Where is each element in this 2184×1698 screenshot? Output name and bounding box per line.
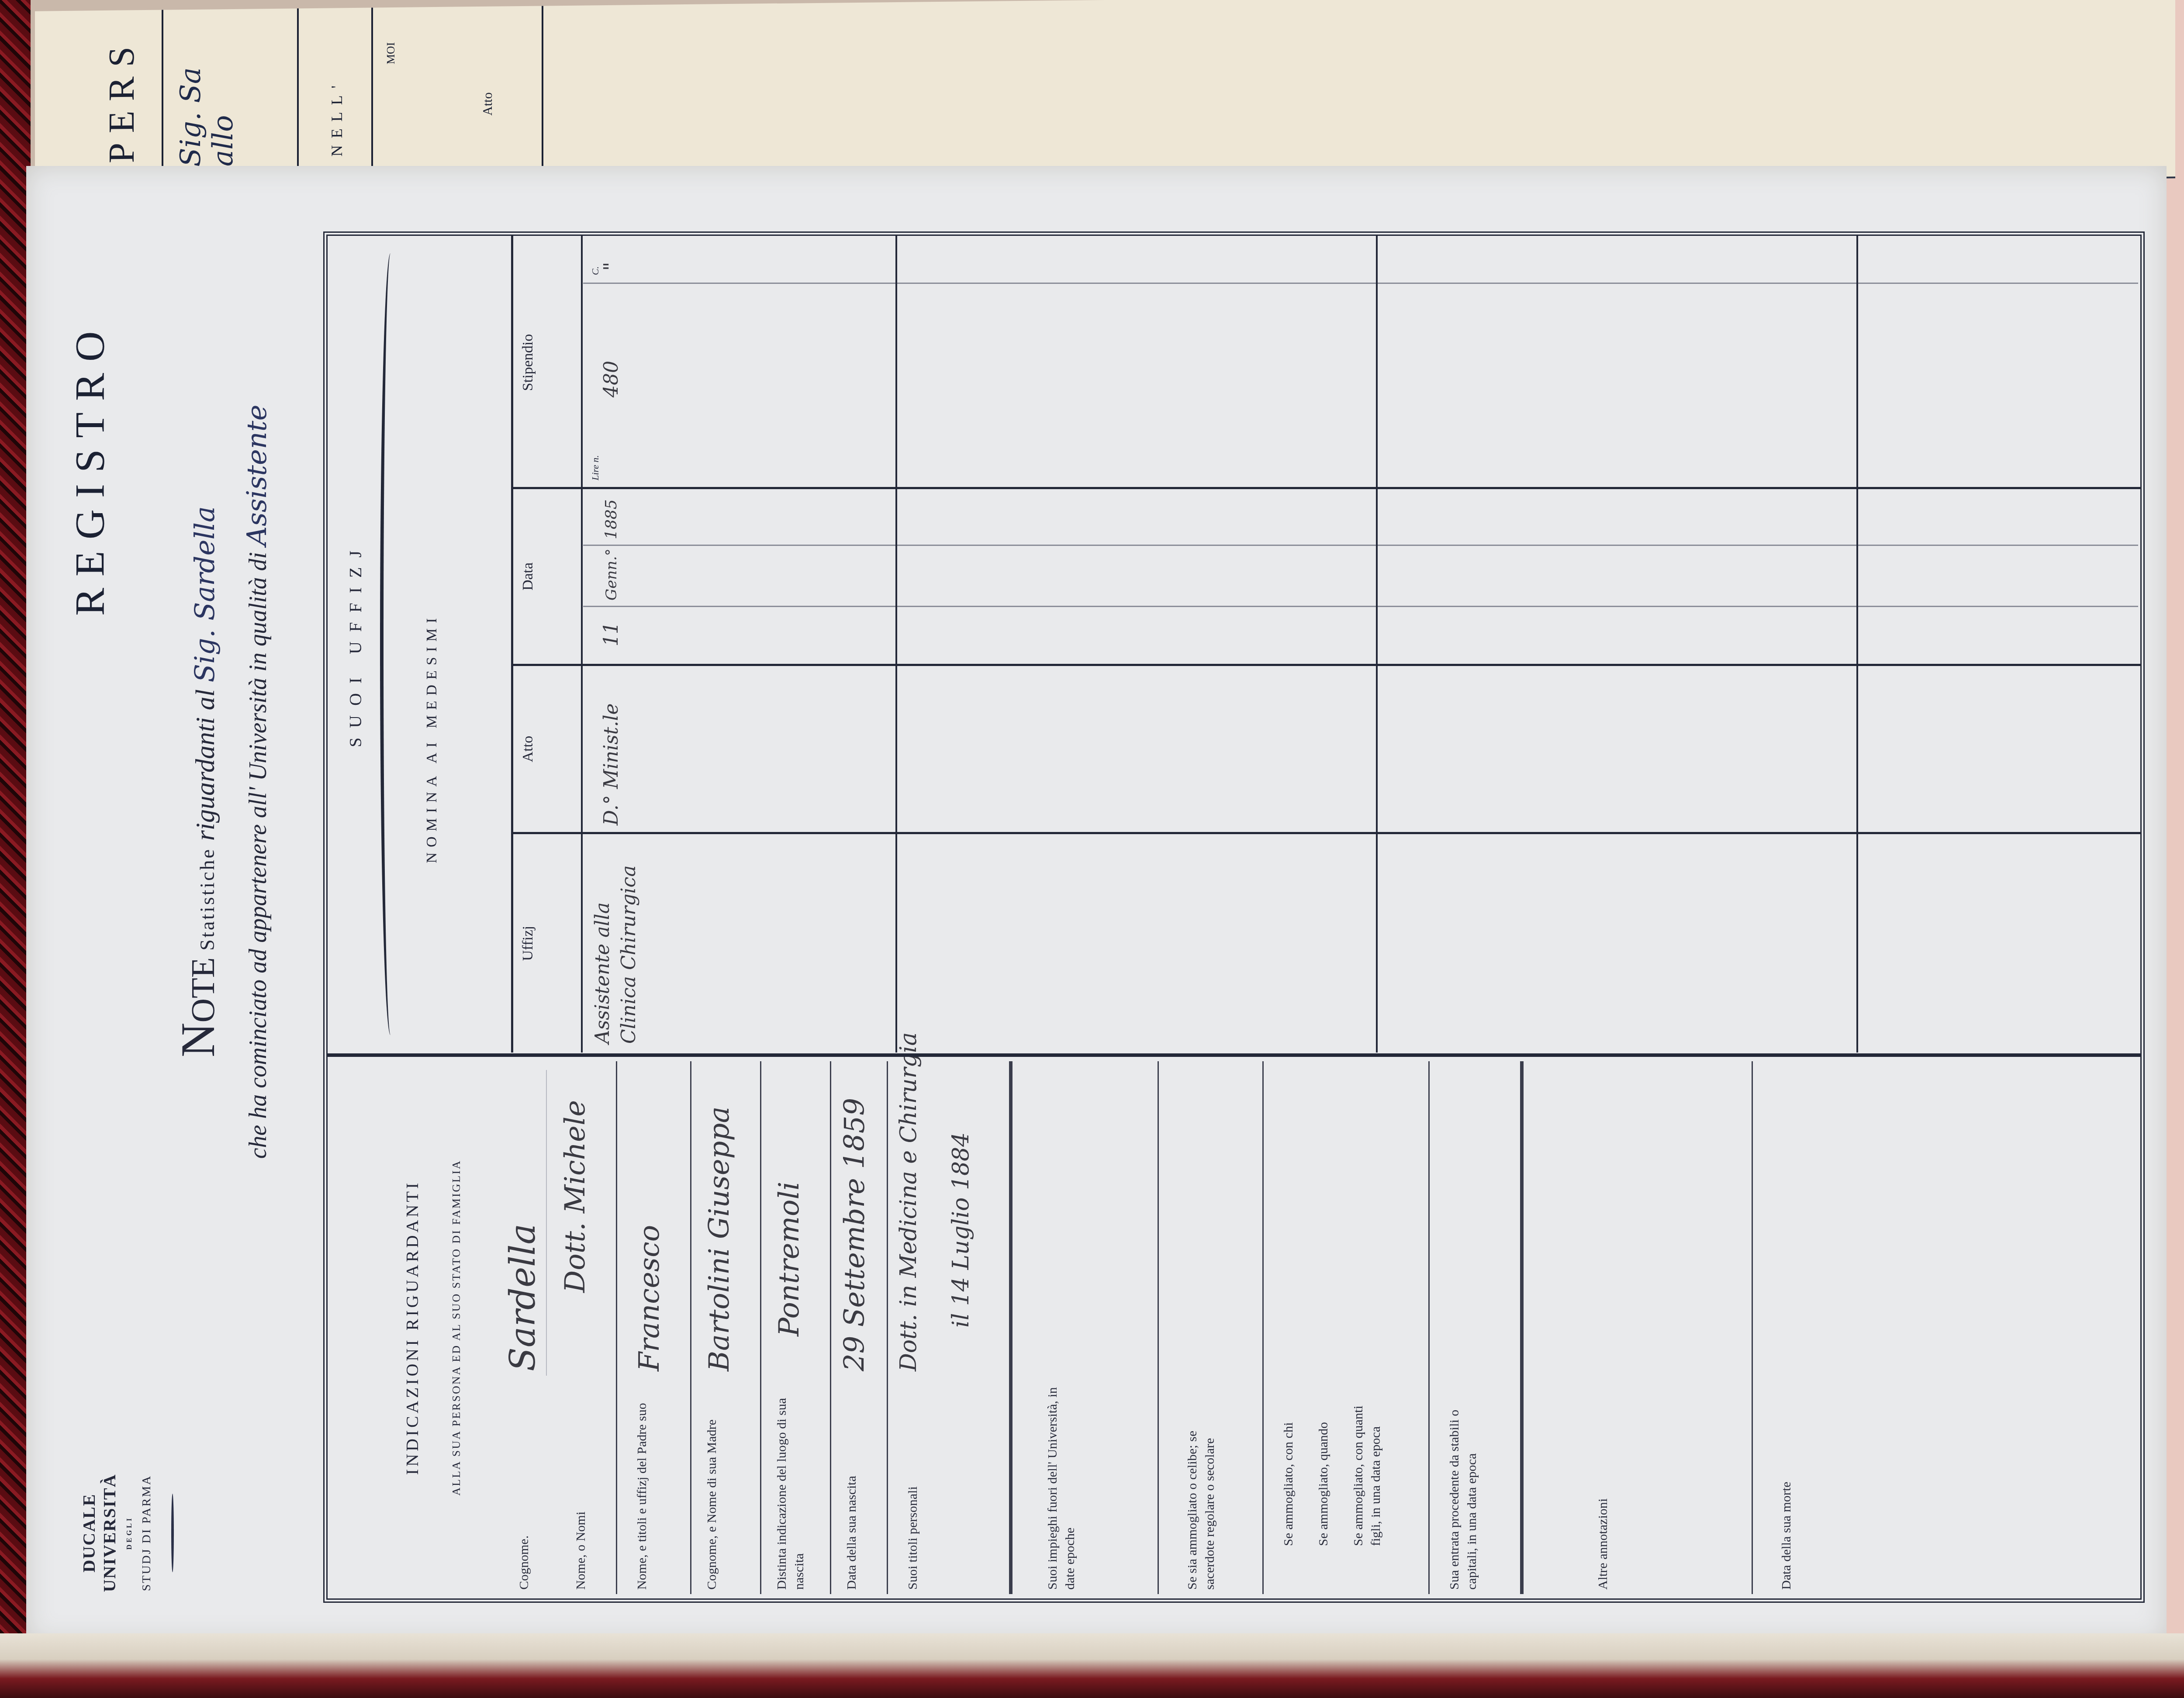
column-rule bbox=[511, 664, 2140, 666]
offices-section: SUOI UFFIZJ NOMINA AI MEDESIMI Uffizj At… bbox=[328, 236, 2140, 1053]
label-madre: Cognome, e Nome di sua Madre bbox=[703, 1384, 721, 1590]
row-divider-ornate bbox=[1009, 1061, 1013, 1594]
ornament-rule bbox=[171, 1494, 174, 1572]
institution-name: DUCALE UNIVERSITÀ bbox=[79, 1441, 120, 1625]
header-rule bbox=[511, 236, 513, 1053]
label-nome: Nome, o Nomi bbox=[572, 1384, 590, 1590]
label-altre-annotazioni: Altre annotazioni bbox=[1594, 1384, 1612, 1590]
label-titoli-personali: Suoi titoli personali bbox=[904, 1384, 922, 1590]
institution-place: STUDJ DI PARMA bbox=[140, 1441, 154, 1625]
register-table-frame: INDICAZIONI RIGUARDANTI ALLA SUA PERSONA… bbox=[323, 231, 2145, 1603]
row-rule bbox=[1376, 236, 1378, 1053]
facing-page-column-header: MOI bbox=[384, 12, 411, 65]
row-rule bbox=[1856, 236, 1858, 1053]
col-header-stipendio: Stipendio bbox=[520, 238, 536, 487]
institution-connector: DEGLI bbox=[126, 1441, 134, 1625]
column-rule bbox=[511, 832, 2140, 834]
row-divider-ornate bbox=[1520, 1061, 1524, 1594]
entry-data-month: Genn.° bbox=[598, 549, 625, 601]
note-handwritten-name: Sig. Sardella bbox=[189, 506, 221, 682]
note-line-2: che ha cominciato ad appartenere all' Un… bbox=[245, 552, 272, 1159]
note-prefix: Note bbox=[171, 957, 225, 1057]
label-luogo-nascita: Distinta indicazione del luogo di sua na… bbox=[773, 1384, 808, 1590]
entry-stipendio-lire: 480 bbox=[598, 361, 625, 397]
facing-handwriting-line-1: Sig. Sa bbox=[175, 67, 207, 167]
entry-uffizj: Assistente alla Clinica Chirurgica bbox=[590, 839, 642, 1044]
entry-data-day: 11 bbox=[598, 622, 625, 646]
col-header-data: Data bbox=[520, 489, 536, 664]
column-rule bbox=[511, 487, 2140, 489]
nomina-group-title: NOMINA AI MEDESIMI bbox=[424, 424, 440, 1053]
personal-section-title: INDICAZIONI RIGUARDANTI bbox=[402, 1057, 422, 1598]
ruled-line bbox=[546, 1070, 547, 1376]
label-stato-civile: Se sia ammogliato o celibe; se sacerdote… bbox=[1184, 1384, 1219, 1590]
stipendio-sub-lire: Lire n. bbox=[590, 455, 601, 480]
personal-section-subtitle: ALLA SUA PERSONA ED AL SUO STATO DI FAMI… bbox=[450, 1057, 463, 1598]
label-figli: Se ammogliato, con quanti figli, in una … bbox=[1350, 1384, 1385, 1546]
personal-section: INDICAZIONI RIGUARDANTI ALLA SUA PERSONA… bbox=[328, 1057, 2140, 1598]
note-suffix: riguardanti al bbox=[190, 689, 220, 841]
page-stack-edge bbox=[0, 1633, 2184, 1698]
facing-page-title: PERS bbox=[100, 19, 127, 163]
cent-column-rule bbox=[583, 283, 2138, 284]
label-quando: Se ammogliato, quando bbox=[1315, 1384, 1332, 1546]
row-divider bbox=[616, 1061, 617, 1594]
register-page: DUCALE UNIVERSITÀ DEGLI STUDJ DI PARMA R… bbox=[26, 166, 2167, 1642]
entry-stipendio-cent: " bbox=[598, 262, 625, 271]
label-cognome: Cognome. bbox=[515, 1384, 533, 1590]
data-subcolumn-rule bbox=[583, 545, 2138, 546]
row-rule bbox=[895, 236, 897, 1053]
offices-section-title: SUOI UFFIZJ bbox=[345, 236, 366, 1053]
row-divider bbox=[1262, 1061, 1264, 1594]
row-divider bbox=[1752, 1061, 1753, 1594]
row-divider bbox=[1428, 1061, 1430, 1594]
facing-page-rule bbox=[542, 6, 543, 193]
note-handwritten-role: Assistente bbox=[241, 405, 273, 546]
institution-header: DUCALE UNIVERSITÀ DEGLI STUDJ DI PARMA bbox=[79, 1441, 174, 1625]
row-divider bbox=[1158, 1061, 1159, 1594]
offices-brace bbox=[380, 253, 401, 1035]
section-divider bbox=[328, 1053, 2140, 1057]
data-subcolumn-rule bbox=[583, 606, 2138, 607]
row-divider bbox=[887, 1061, 888, 1594]
col-header-atto: Atto bbox=[520, 666, 536, 832]
col-header-uffizj: Uffizj bbox=[520, 834, 536, 1053]
facing-page-section-title: NELL' bbox=[328, 25, 363, 157]
label-con-chi: Se ammogliato, con chi bbox=[1280, 1384, 1297, 1546]
note-caps: Statistiche bbox=[196, 848, 218, 951]
row-divider bbox=[830, 1061, 831, 1594]
entry-atto: D.° Minist.le bbox=[598, 668, 625, 825]
label-data-nascita: Data della sua nascita bbox=[843, 1384, 860, 1590]
register-sheet: DUCALE UNIVERSITÀ DEGLI STUDJ DI PARMA R… bbox=[26, 166, 2167, 1642]
entry-data-year: 1885 bbox=[598, 499, 625, 539]
facing-page-atto-header: Atto bbox=[480, 45, 507, 116]
row-divider bbox=[760, 1061, 761, 1594]
register-title: REGISTRO bbox=[66, 320, 114, 616]
row-divider bbox=[690, 1061, 691, 1594]
subheader-rule bbox=[581, 236, 583, 1053]
note-heading: Note Statistiche riguardanti al Sig. Sar… bbox=[170, 192, 273, 1371]
label-padre: Nome, e titoli e uffizj del Padre suo bbox=[633, 1384, 651, 1590]
label-impieghi: Suoi impieghi fuori dell' Università, in… bbox=[1044, 1384, 1079, 1590]
facing-handwriting-line-2: allo bbox=[207, 115, 239, 166]
label-entrata: Sua entrata procedente da stabili o capi… bbox=[1446, 1384, 1481, 1590]
label-data-morte: Data della sua morte bbox=[1778, 1384, 1795, 1590]
facing-page-handwriting: Sig. Sa allo bbox=[175, 17, 266, 167]
